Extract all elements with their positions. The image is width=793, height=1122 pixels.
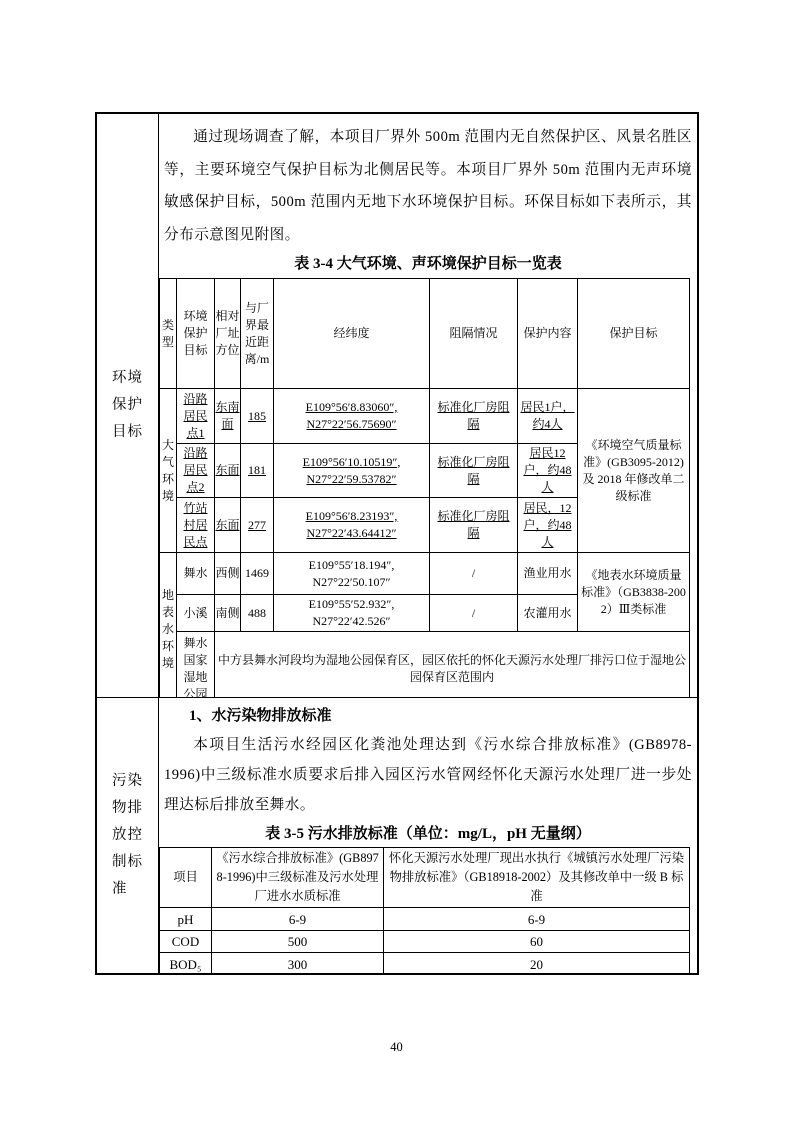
table-3-4: 类型 环境保护目标 相对厂址方位 与厂界最近距离/m 经纬度 阻隔情况 保护内容…: [159, 278, 690, 697]
table-row-cod: COD 500 60: [160, 931, 690, 953]
target-cell-wetland: 舞水国家湿地公园: [177, 632, 215, 698]
distance-cell: 185: [241, 389, 274, 444]
header-type: 类型: [160, 279, 177, 389]
table-row-wushui: 地表水环境 舞水 西侧 1469 E109°55′18.194″, N27°22…: [160, 553, 690, 595]
item-cell: pH: [160, 908, 212, 931]
content-cell: 农灌用水: [518, 595, 578, 632]
table-3-5: 项目 《污水综合排放标准》(GB8978-1996)中三级标准及污水处理厂进水水…: [159, 847, 690, 973]
inlet-value-cell: 500: [212, 931, 384, 953]
direction-cell: 南侧: [215, 595, 241, 632]
inlet-value-cell: 300: [212, 953, 384, 974]
coordinates-cell: E109°56′10.10519″, N27°22′59.53782″: [274, 444, 430, 498]
table-row-bod5: BOD₅ 300 20: [160, 953, 690, 974]
goal-cell-air: 《环境空气质量标准》(GB3095-2012)及 2018 年修改单二级标准: [578, 389, 690, 553]
distance-cell: 181: [241, 444, 274, 498]
target-cell: 小溪: [177, 595, 215, 632]
header-target: 环境保护目标: [177, 279, 215, 389]
table-3-5-title: 表 3-5 污水排放标准（单位：mg/L，pH 无量纲）: [159, 823, 697, 845]
barrier-cell: 标准化厂房阻隔: [430, 389, 518, 444]
target-cell: 竹站村居民点: [177, 498, 215, 553]
row-label-pollutant-standards: 污染物排放控制标准: [97, 698, 159, 973]
table-3-5-header-row: 项目 《污水综合排放标准》(GB8978-1996)中三级标准及污水处理厂进水水…: [160, 848, 690, 908]
env-intro-paragraph: 通过现场调查了解，本项目厂界外 500m 范围内无自然保护区、风景名胜区等，主要…: [164, 121, 692, 251]
item-cell: COD: [160, 931, 212, 953]
direction-cell: 东面: [215, 444, 241, 498]
content-cell: 居民12户，约48人: [518, 444, 578, 498]
header-goal: 保护目标: [578, 279, 690, 389]
content-cell: 居民，12户，约48人: [518, 498, 578, 553]
row-label-pollutant-standards-text: 污染物排放控制标准: [112, 768, 143, 903]
wetland-note-cell: 中方县舞水河段均为湿地公园保育区，园区依托的怀化天源污水处理厂排污口位于湿地公园…: [215, 632, 690, 698]
env-section-content: 通过现场调查了解，本项目厂界外 500m 范围内无自然保护区、风景名胜区等，主要…: [159, 114, 697, 697]
outlet-value-cell: 20: [384, 953, 690, 974]
distance-cell: 488: [241, 595, 274, 632]
coordinates-cell: E109°55′52.932″, N27°22′42.526″: [274, 595, 430, 632]
table-3-4-title: 表 3-4 大气环境、声环境保护目标一览表: [159, 253, 697, 275]
direction-cell: 西侧: [215, 553, 241, 595]
section-pollutant-discharge-standards: 污染物排放控制标准 1、水污染物排放标准 本项目生活污水经园区化粪池处理达到《污…: [97, 698, 697, 973]
section-env-protection-targets: 环境保护目标 通过现场调查了解，本项目厂界外 500m 范围内无自然保护区、风景…: [97, 114, 697, 698]
row-label-env-targets: 环境保护目标: [97, 114, 159, 697]
inlet-value-cell: 6-9: [212, 908, 384, 931]
header-content: 保护内容: [518, 279, 578, 389]
header-item: 项目: [160, 848, 212, 908]
header-barrier: 阻隔情况: [430, 279, 518, 389]
water-pollutant-paragraph: 本项目生活污水经园区化粪池处理达到《污水综合排放标准》(GB8978-1996)…: [164, 730, 692, 820]
barrier-cell: 标准化厂房阻隔: [430, 498, 518, 553]
target-cell: 舞水: [177, 553, 215, 595]
type-cell-surface-water: 地表水环境: [160, 553, 177, 698]
target-cell: 沿路居民点1: [177, 389, 215, 444]
coordinates-cell: E109°56′8.23193″, N27°22′43.64412″: [274, 498, 430, 553]
content-frame: 环境保护目标 通过现场调查了解，本项目厂界外 500m 范围内无自然保护区、风景…: [95, 112, 699, 975]
barrier-cell: 标准化厂房阻隔: [430, 444, 518, 498]
page-number: 40: [0, 1040, 793, 1055]
header-distance: 与厂界最近距离/m: [241, 279, 274, 389]
content-cell: 渔业用水: [518, 553, 578, 595]
row-label-env-targets-text: 环境保护目标: [112, 365, 143, 446]
direction-cell: 东面: [215, 498, 241, 553]
header-direction: 相对厂址方位: [215, 279, 241, 389]
document-page: 环境保护目标 通过现场调查了解，本项目厂界外 500m 范围内无自然保护区、风景…: [0, 0, 793, 1122]
content-cell: 居民1户，约4人: [518, 389, 578, 444]
outlet-value-cell: 6-9: [384, 908, 690, 931]
std-section-content: 1、水污染物排放标准 本项目生活污水经园区化粪池处理达到《污水综合排放标准》(G…: [159, 698, 697, 973]
header-outlet-standard: 怀化天源污水处理厂现出水执行《城镇污水处理厂污染物排放标准》（GB18918-2…: [384, 848, 690, 908]
barrier-cell: /: [430, 595, 518, 632]
barrier-cell: /: [430, 553, 518, 595]
table-row-wetland-park: 舞水国家湿地公园 中方县舞水河段均为湿地公园保育区，园区依托的怀化天源污水处理厂…: [160, 632, 690, 698]
coordinates-cell: E109°56′8.83060″, N27°22′56.75690″: [274, 389, 430, 444]
distance-cell: 1469: [241, 553, 274, 595]
goal-cell-surface-water: 《地表水环境质量标准》（GB3838-2002）Ⅲ类标准: [578, 553, 690, 632]
distance-cell: 277: [241, 498, 274, 553]
outlet-value-cell: 60: [384, 931, 690, 953]
table-3-4-header-row: 类型 环境保护目标 相对厂址方位 与厂界最近距离/m 经纬度 阻隔情况 保护内容…: [160, 279, 690, 389]
item-cell: BOD₅: [160, 953, 212, 974]
header-coordinates: 经纬度: [274, 279, 430, 389]
header-inlet-standard: 《污水综合排放标准》(GB8978-1996)中三级标准及污水处理厂进水水质标准: [212, 848, 384, 908]
target-cell: 沿路居民点2: [177, 444, 215, 498]
water-pollutant-heading: 1、水污染物排放标准: [159, 704, 697, 728]
direction-cell: 东南面: [215, 389, 241, 444]
coordinates-cell: E109°55′18.194″, N27°22′50.107″: [274, 553, 430, 595]
type-cell-air: 大气环境: [160, 389, 177, 553]
table-row-residents-1: 大气环境 沿路居民点1 东南面 185 E109°56′8.83060″, N2…: [160, 389, 690, 444]
table-row-ph: pH 6-9 6-9: [160, 908, 690, 931]
